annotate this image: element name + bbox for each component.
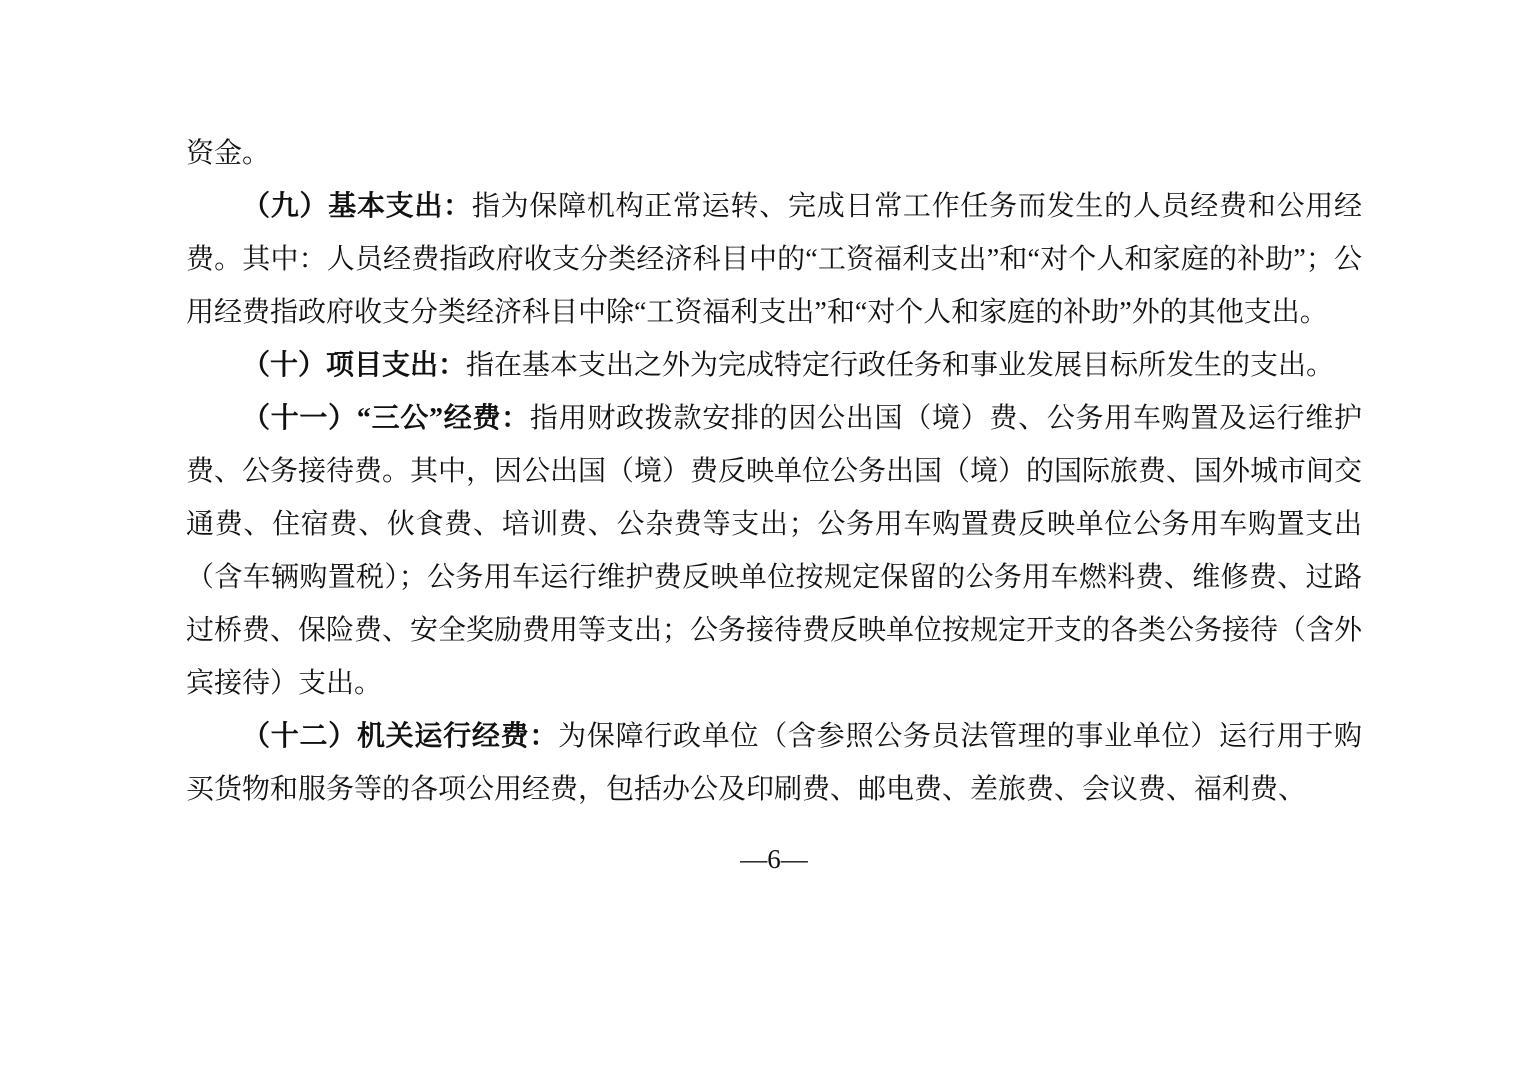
paragraph-item-twelve-agency-operating-funds: （十二）机关运行经费：为保障行政单位（含参照公务员法管理的事业单位）运行用于购买…: [186, 710, 1362, 816]
paragraph-continuation: 资金。: [186, 127, 1362, 180]
paragraph-item-eleven-three-public-funds: （十一）“三公”经费：指用财政拨款安排的因公出国（境）费、公务用车购置及运行维护…: [186, 392, 1362, 710]
paragraph-label: （十一）“三公”经费：: [242, 403, 530, 434]
paragraph-item-nine-basic-expenditure: （九）基本支出：指为保障机构正常运转、完成日常工作任务而发生的人员经费和公用经费…: [186, 180, 1362, 339]
paragraph-text: 指用财政拨款安排的因公出国（境）费、公务用车购置及运行维护费、公务接待费。其中，…: [186, 403, 1362, 699]
paragraph-item-ten-project-expenditure: （十）项目支出：指在基本支出之外为完成特定行政任务和事业发展目标所发生的支出。: [186, 339, 1362, 392]
paragraph-text: 指在基本支出之外为完成特定行政任务和事业发展目标所发生的支出。: [466, 350, 1334, 381]
paragraph-label: （十）项目支出：: [242, 350, 466, 381]
page-number: —6—: [186, 843, 1362, 875]
paragraph-label: （九）基本支出：: [242, 191, 472, 222]
paragraph-label: （十二）机关运行经费：: [242, 721, 558, 752]
document-page: 资金。 （九）基本支出：指为保障机构正常运转、完成日常工作任务而发生的人员经费和…: [0, 0, 1520, 1074]
paragraph-text: 资金。: [186, 138, 270, 169]
